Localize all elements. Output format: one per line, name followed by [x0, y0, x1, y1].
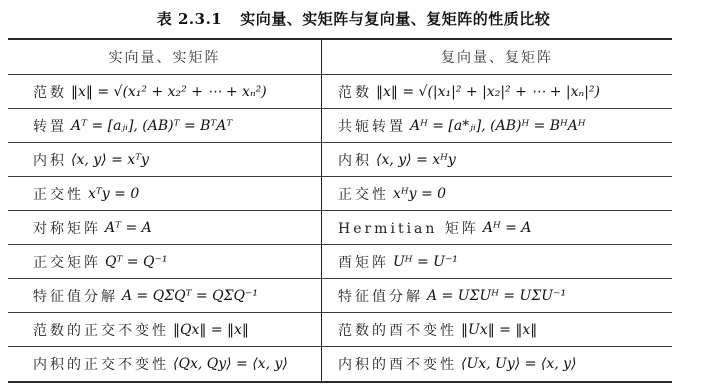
- formula: xᵀy = 0: [88, 186, 139, 202]
- formula: ‖Ux‖ = ‖x‖: [461, 322, 537, 338]
- table-row: 内积⟨x, y⟩ = xᵀy 内积⟨x, y⟩ = xᴴy: [8, 143, 672, 177]
- cell-complex: 范数‖x‖ = √(|x₁|² + |x₂|² + ⋯ + |xₙ|²): [322, 75, 672, 108]
- formula: ⟨Ux, Uy⟩ = ⟨x, y⟩: [461, 356, 577, 372]
- formula: A = UΣUᴴ = UΣU⁻¹: [427, 288, 566, 304]
- formula: ⟨Qx, Qy⟩ = ⟨x, y⟩: [173, 356, 288, 372]
- table-row: 正交矩阵Qᵀ = Q⁻¹ 酉矩阵Uᴴ = U⁻¹: [8, 245, 672, 279]
- cell-real: 正交性xᵀy = 0: [8, 177, 322, 210]
- formula: ⟨x, y⟩ = xᵀy: [71, 152, 149, 168]
- property-label: 内积: [338, 150, 372, 170]
- property-label: 范数的酉不变性: [338, 320, 457, 340]
- formula: Aᵀ = A: [105, 220, 152, 236]
- formula: ⟨x, y⟩ = xᴴy: [376, 152, 456, 168]
- formula: ‖x‖ = √(x₁² + x₂² + ⋯ + xₙ²): [71, 84, 267, 100]
- table-caption: 表 2.3.1实向量、实矩阵与复向量、复矩阵的性质比较: [0, 8, 707, 29]
- table-header-row: 实向量、实矩阵 复向量、复矩阵: [8, 40, 672, 75]
- header-real: 实向量、实矩阵: [8, 40, 322, 74]
- table-number: 表 2.3.1: [157, 10, 222, 28]
- property-label: 正交性: [33, 184, 84, 204]
- cell-complex: Hermitian 矩阵Aᴴ = A: [322, 211, 672, 244]
- cell-complex: 特征值分解A = UΣUᴴ = UΣU⁻¹: [322, 279, 672, 312]
- property-label: 正交性: [338, 184, 389, 204]
- header-complex: 复向量、复矩阵: [322, 40, 672, 74]
- formula: Uᴴ = U⁻¹: [393, 254, 458, 270]
- table-row: 对称矩阵Aᵀ = A Hermitian 矩阵Aᴴ = A: [8, 211, 672, 245]
- table-row: 内积的正交不变性⟨Qx, Qy⟩ = ⟨x, y⟩ 内积的酉不变性⟨Ux, Uy…: [8, 347, 672, 381]
- property-label: 正交矩阵: [33, 252, 101, 272]
- cell-real: 特征值分解A = QΣQᵀ = QΣQ⁻¹: [8, 279, 322, 312]
- property-label: 酉矩阵: [338, 252, 389, 272]
- cell-complex: 正交性xᴴy = 0: [322, 177, 672, 210]
- property-label: 范数: [338, 82, 372, 102]
- table-row: 范数的正交不变性‖Qx‖ = ‖x‖ 范数的酉不变性‖Ux‖ = ‖x‖: [8, 313, 672, 347]
- formula: Aᴴ = [a*ⱼᵢ], (AB)ᴴ = BᴴAᴴ: [410, 118, 586, 134]
- cell-real: 内积⟨x, y⟩ = xᵀy: [8, 143, 322, 176]
- table-row: 范数‖x‖ = √(x₁² + x₂² + ⋯ + xₙ²) 范数‖x‖ = √…: [8, 75, 672, 109]
- property-label: 特征值分解: [33, 286, 118, 306]
- formula: A = QΣQᵀ = QΣQ⁻¹: [122, 288, 258, 304]
- cell-complex: 酉矩阵Uᴴ = U⁻¹: [322, 245, 672, 278]
- formula: ‖Qx‖ = ‖x‖: [173, 322, 249, 338]
- property-label: Hermitian 矩阵: [338, 218, 479, 238]
- property-label: 范数的正交不变性: [33, 320, 169, 340]
- cell-real: 范数的正交不变性‖Qx‖ = ‖x‖: [8, 313, 322, 346]
- cell-complex: 共轭转置Aᴴ = [a*ⱼᵢ], (AB)ᴴ = BᴴAᴴ: [322, 109, 672, 142]
- property-label: 转置: [33, 116, 67, 136]
- formula: ‖x‖ = √(|x₁|² + |x₂|² + ⋯ + |xₙ|²): [376, 84, 600, 100]
- comparison-table: 实向量、实矩阵 复向量、复矩阵 范数‖x‖ = √(x₁² + x₂² + ⋯ …: [8, 38, 672, 383]
- formula: Qᵀ = Q⁻¹: [105, 254, 167, 270]
- property-label: 内积的正交不变性: [33, 354, 169, 374]
- property-label: 共轭转置: [338, 116, 406, 136]
- table-row: 转置Aᵀ = [aⱼᵢ], (AB)ᵀ = BᵀAᵀ 共轭转置Aᴴ = [a*ⱼ…: [8, 109, 672, 143]
- cell-real: 转置Aᵀ = [aⱼᵢ], (AB)ᵀ = BᵀAᵀ: [8, 109, 322, 142]
- table-row: 正交性xᵀy = 0 正交性xᴴy = 0: [8, 177, 672, 211]
- property-label: 内积: [33, 150, 67, 170]
- cell-real: 范数‖x‖ = √(x₁² + x₂² + ⋯ + xₙ²): [8, 75, 322, 108]
- cell-complex: 范数的酉不变性‖Ux‖ = ‖x‖: [322, 313, 672, 346]
- cell-real: 正交矩阵Qᵀ = Q⁻¹: [8, 245, 322, 278]
- property-label: 内积的酉不变性: [338, 354, 457, 374]
- property-label: 范数: [33, 82, 67, 102]
- cell-real: 内积的正交不变性⟨Qx, Qy⟩ = ⟨x, y⟩: [8, 347, 322, 381]
- table-row: 特征值分解A = QΣQᵀ = QΣQ⁻¹ 特征值分解A = UΣUᴴ = UΣ…: [8, 279, 672, 313]
- property-label: 对称矩阵: [33, 218, 101, 238]
- formula: Aᴴ = A: [483, 220, 532, 236]
- cell-complex: 内积⟨x, y⟩ = xᴴy: [322, 143, 672, 176]
- table-title: 实向量、实矩阵与复向量、复矩阵的性质比较: [240, 10, 550, 28]
- cell-real: 对称矩阵Aᵀ = A: [8, 211, 322, 244]
- formula: xᴴy = 0: [393, 186, 446, 202]
- cell-complex: 内积的酉不变性⟨Ux, Uy⟩ = ⟨x, y⟩: [322, 347, 672, 381]
- property-label: 特征值分解: [338, 286, 423, 306]
- formula: Aᵀ = [aⱼᵢ], (AB)ᵀ = BᵀAᵀ: [71, 118, 232, 134]
